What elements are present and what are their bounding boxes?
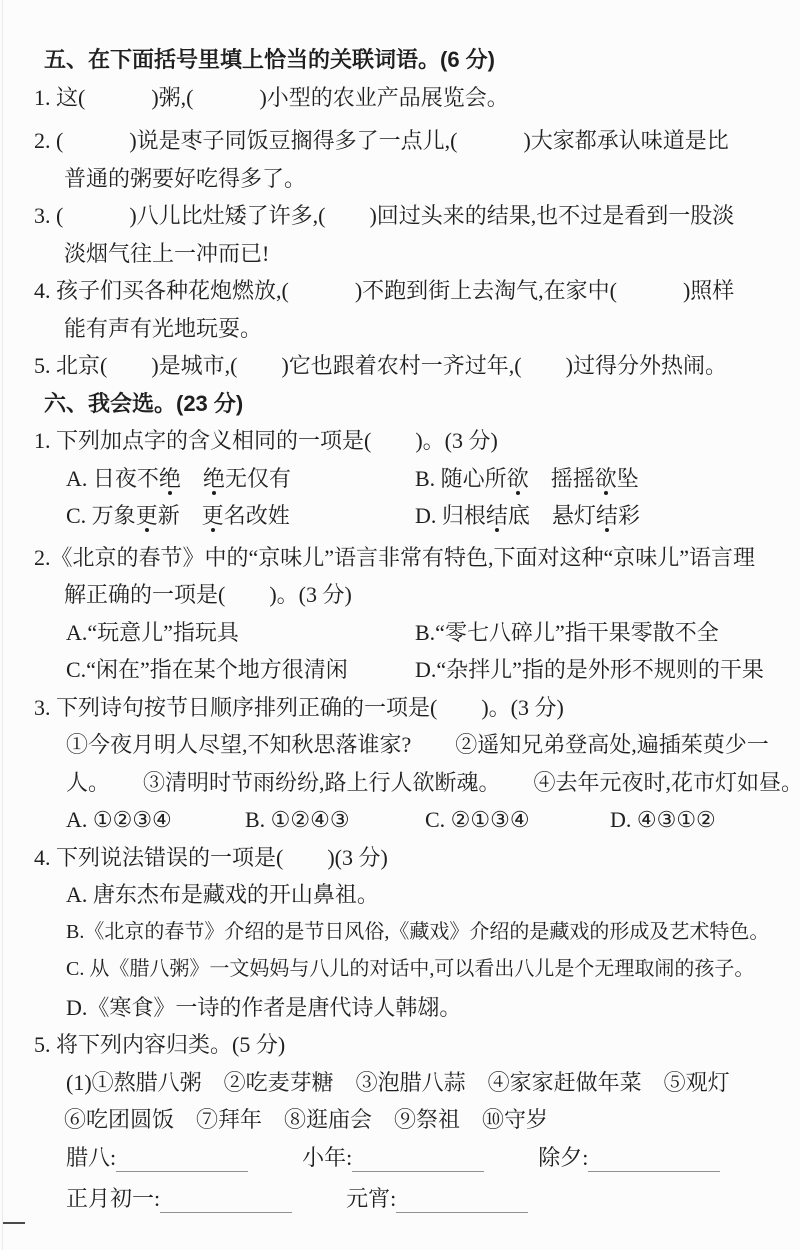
s5-q3-line1: 3. ( )八儿比灶矮了许多,( )回过头来的结果,也不过是看到一股淡	[34, 197, 792, 235]
zhengyue-chuyi-answer-blank	[160, 1189, 292, 1213]
s6-q4-option-d: D.《寒食》一诗的作者是唐代诗人韩翃。	[66, 989, 792, 1027]
laba-label: 腊八:	[66, 1145, 116, 1170]
s5-q3-line2: 淡烟气往上一冲而已!	[64, 235, 792, 273]
s6-q2-options-row1: A.“玩意儿”指玩具B.“零七八碎儿”指干果零散不全	[66, 614, 792, 652]
s6-q2-stem-line1: 2.《北京的春节》中的“京味儿”语言非常有特色,下面对这种“京味儿”语言理	[34, 539, 792, 577]
s6-q5-items-line2: ⑥吃团圆饭 ⑦拜年 ⑧逛庙会 ⑨祭祖 ⑩守岁	[64, 1101, 792, 1139]
s6-q3-option-a: A. ①②③④	[66, 801, 245, 839]
s6-q1-options-row1: A. 日夜不绝 绝无仅有B. 随心所欲 摇摇欲坠	[66, 460, 792, 498]
xiaonian-label: 小年:	[302, 1145, 352, 1170]
s6-q5-stem: 5. 将下列内容归类。(5 分)	[34, 1026, 792, 1064]
section-five-title: 五、在下面括号里填上恰当的关联词语。(6 分)	[44, 41, 792, 79]
s6-q3-option-c: C. ②①③④	[425, 801, 610, 839]
exam-sheet: 五、在下面括号里填上恰当的关联词语。(6 分) 1. 这( )粥,( )小型的农…	[0, 0, 800, 1250]
s6-q4-option-a: A. 唐东杰布是藏戏的开山鼻祖。	[66, 876, 792, 914]
s6-q3-stem: 3. 下列诗句按节日顺序排列正确的一项是( )。(3 分)	[34, 689, 792, 727]
s6-q1-stem: 1. 下列加点字的含义相同的一项是( )。(3 分)	[34, 422, 792, 460]
xiaonian-answer-blank	[352, 1148, 484, 1172]
s5-q4-line1: 4. 孩子们买各种花炮燃放,( )不跑到街上去淘气,在家中( )照样	[34, 272, 792, 310]
s6-q1-option-b: B. 随心所欲 摇摇欲坠	[415, 460, 639, 498]
yuanxiao-label: 元宵:	[346, 1186, 396, 1211]
s6-q4-option-c: C. 从《腊八粥》一文妈妈与八儿的对话中,可以看出八儿是个无理取闹的孩子。	[66, 951, 792, 989]
chuxi-answer-blank	[588, 1148, 720, 1172]
s6-q5-blanks-row1: 腊八:小年:除夕:	[66, 1139, 792, 1177]
s6-q2-option-a: A.“玩意儿”指玩具	[66, 614, 415, 652]
section-five: 五、在下面括号里填上恰当的关联词语。(6 分) 1. 这( )粥,( )小型的农…	[34, 41, 792, 385]
exam-paper-page: { "page": { "background": "#fcfcfc", "in…	[0, 0, 800, 1250]
yuanxiao-answer-blank	[396, 1189, 528, 1213]
section-six: 六、我会选。(23 分) 1. 下列加点字的含义相同的一项是( )。(3 分) …	[34, 385, 792, 1218]
s6-q3-poem-line2: 人。 ③清明时节雨纷纷,路上行人欲断魂。 ④去年元夜时,花市灯如昼。	[66, 764, 792, 802]
chuxi-label: 除夕:	[538, 1145, 588, 1170]
s6-q1-option-a: A. 日夜不绝 绝无仅有	[66, 460, 415, 498]
s6-q4-option-b: B.《北京的春节》介绍的是节日风俗,《藏戏》介绍的是藏戏的形成及艺术特色。	[66, 914, 792, 952]
s6-q5-items-line1: (1)①熬腊八粥 ②吃麦芽糖 ③泡腊八蒜 ④家家赶做年菜 ⑤观灯	[66, 1064, 792, 1102]
s6-q2-option-d: D.“杂拌儿”指的是外形不规则的干果	[415, 651, 764, 689]
s5-q4-line2: 能有声有光地玩耍。	[64, 310, 792, 348]
zhengyue-chuyi-label: 正月初一:	[66, 1186, 160, 1211]
s6-q1-options-row2: C. 万象更新 更名改姓D. 归根结底 悬灯结彩	[66, 497, 792, 535]
s6-q3-options-row: A. ①②③④B. ①②④③C. ②①③④D. ④③①②	[66, 801, 792, 839]
s6-q2-stem-line2: 解正确的一项是( )。(3 分)	[64, 576, 792, 614]
s6-q1-option-c: C. 万象更新 更名改姓	[66, 497, 415, 535]
s6-q3-option-b: B. ①②④③	[245, 801, 425, 839]
s5-q2-line2: 普通的粥要好吃得多了。	[64, 160, 792, 198]
s5-q1: 1. 这( )粥,( )小型的农业产品展览会。	[34, 79, 792, 117]
s5-q5: 5. 北京( )是城市,( )它也跟着农村一齐过年,( )过得分外热闹。	[34, 347, 792, 385]
s6-q5-blanks-row2: 正月初一:元宵:	[66, 1180, 792, 1218]
s6-q3-poem-line1: ①今夜月明人尽望,不知秋思落谁家? ②遥知兄弟登高处,遍插茱萸少一	[66, 726, 792, 764]
s6-q2-option-b: B.“零七八碎儿”指干果零散不全	[415, 614, 719, 652]
s6-q3-option-d: D. ④③①②	[610, 801, 716, 839]
section-six-title: 六、我会选。(23 分)	[44, 385, 792, 423]
s6-q1-option-d: D. 归根结底 悬灯结彩	[415, 497, 640, 535]
s6-q2-option-c: C.“闲在”指在某个地方很清闲	[66, 651, 415, 689]
s6-q2-options-row2: C.“闲在”指在某个地方很清闲D.“杂拌儿”指的是外形不规则的干果	[66, 651, 792, 689]
s5-q2-line1: 2. ( )说是枣子同饭豆搁得多了一点儿,( )大家都承认味道是比	[34, 122, 792, 160]
laba-answer-blank	[116, 1148, 248, 1172]
s6-q4-stem: 4. 下列说法错误的一项是( )(3 分)	[34, 839, 792, 877]
